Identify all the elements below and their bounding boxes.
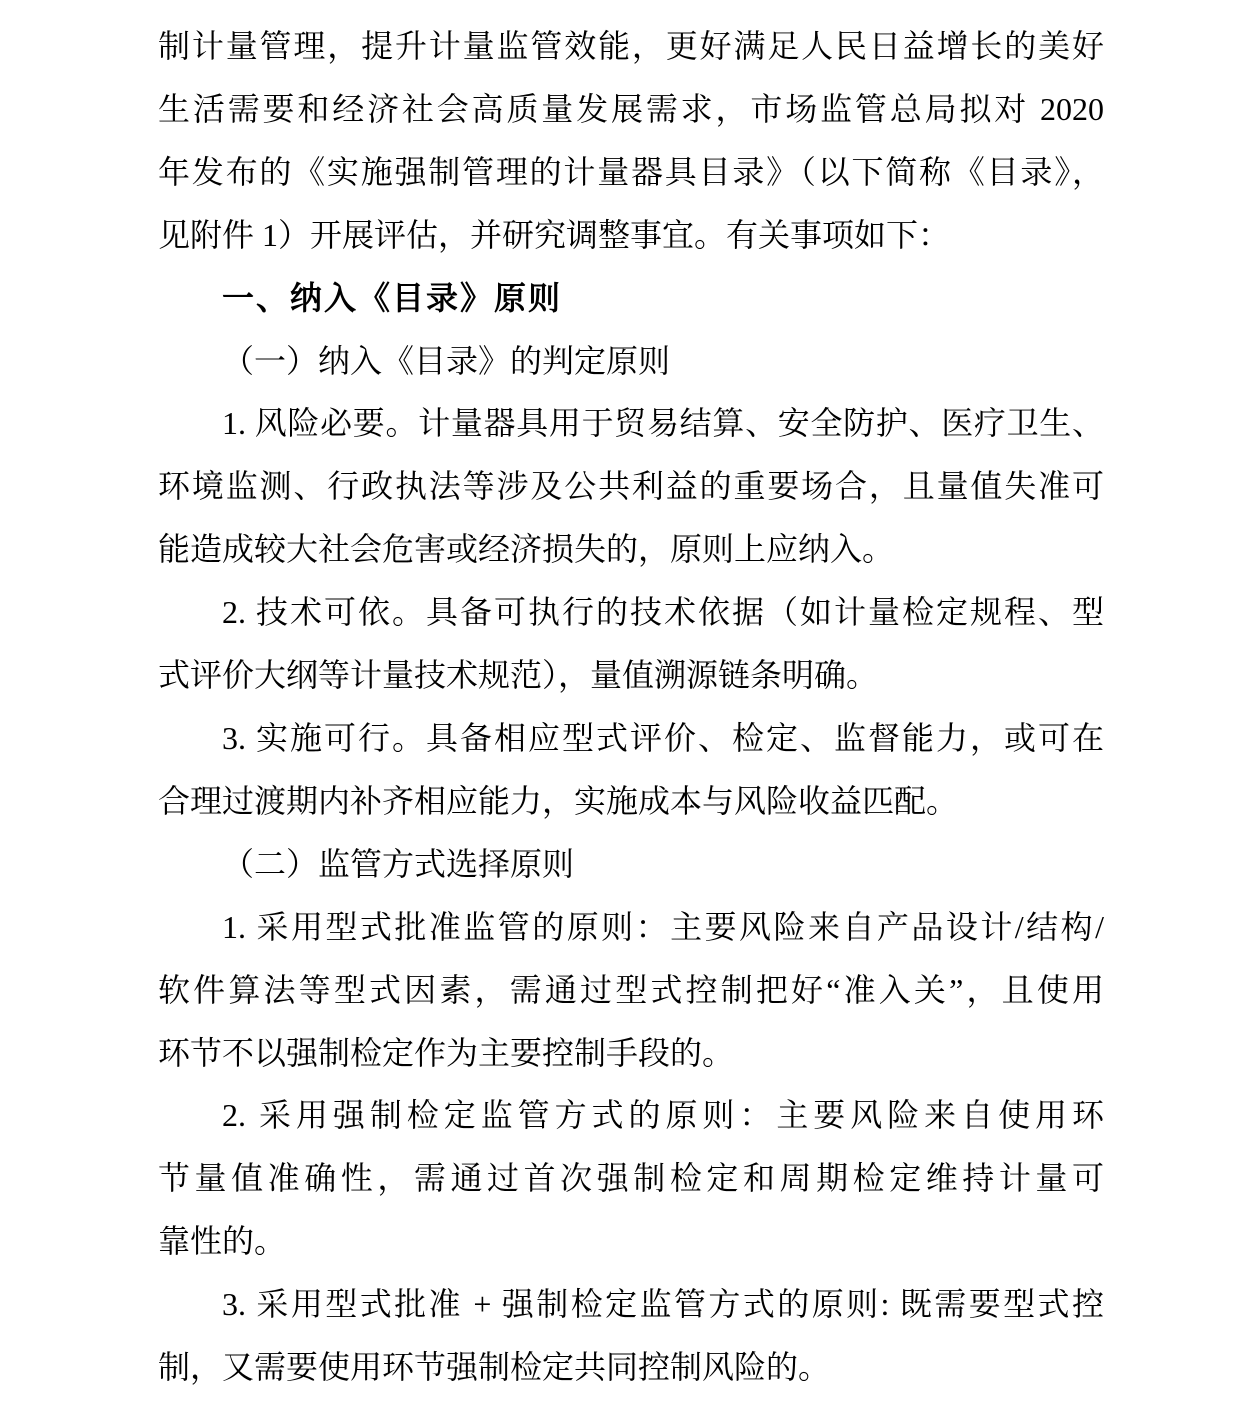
body-line: 年发布的《实施强制管理的计量器具目录》（以下简称《目录》， [158, 141, 1104, 204]
body-line: 制，又需要使用环节强制检定共同控制风险的。 [158, 1336, 1104, 1399]
body-line: 节量值准确性，需通过首次强制检定和周期检定维持计量可 [158, 1147, 1104, 1210]
body-line: 3. 实施可行。具备相应型式评价、检定、监督能力，或可在 [158, 707, 1104, 770]
body-line: 合理过渡期内补齐相应能力，实施成本与风险收益匹配。 [158, 770, 1104, 833]
body-line: 环境监测、行政执法等涉及公共利益的重要场合，且量值失准可 [158, 455, 1104, 518]
body-line: 2. 技术可依。具备可执行的技术依据（如计量检定规程、型 [158, 581, 1104, 644]
document-page: 制计量管理，提升计量监管效能，更好满足人民日益增长的美好 生活需要和经济社会高质… [0, 0, 1260, 1406]
body-line: 见附件 1）开展评估，并研究调整事宜。有关事项如下： [158, 204, 1104, 267]
body-line: 1. 采用型式批准监管的原则：主要风险来自产品设计/结构/ [158, 896, 1104, 959]
body-line: 生活需要和经济社会高质量发展需求，市场监管总局拟对 2020 [158, 78, 1104, 141]
body-line: 式评价大纲等计量技术规范），量值溯源链条明确。 [158, 644, 1104, 707]
body-line: 软件算法等型式因素，需通过型式控制把好“准入关”，且使用 [158, 959, 1104, 1022]
body-line: 2. 采用强制检定监管方式的原则：主要风险来自使用环 [158, 1084, 1104, 1147]
section-heading-1: 一、纳入《目录》原则 [158, 267, 1104, 330]
body-line: 3. 采用型式批准 + 强制检定监管方式的原则: 既需要型式控 [158, 1273, 1104, 1336]
subsection-heading-1-2: （二）监管方式选择原则 [158, 833, 1104, 896]
body-line: 能造成较大社会危害或经济损失的，原则上应纳入。 [158, 518, 1104, 581]
body-line: 1. 风险必要。计量器具用于贸易结算、安全防护、医疗卫生、 [158, 392, 1104, 455]
subsection-heading-1-1: （一）纳入《目录》的判定原则 [158, 330, 1104, 393]
body-line: 靠性的。 [158, 1210, 1104, 1273]
body-line: 制计量管理，提升计量监管效能，更好满足人民日益增长的美好 [158, 15, 1104, 78]
body-line: 环节不以强制检定作为主要控制手段的。 [158, 1022, 1104, 1085]
